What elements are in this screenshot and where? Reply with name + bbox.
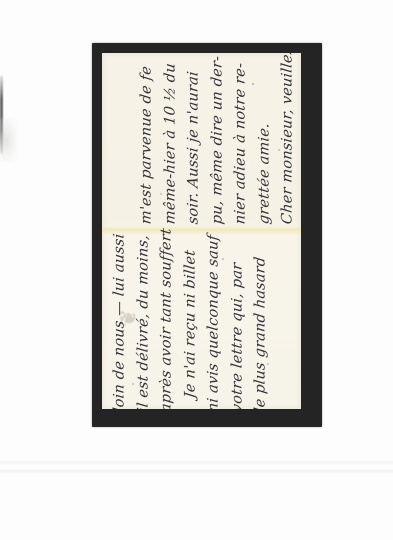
handwriting-line: nier adieu à notre re- (229, 53, 253, 225)
handwriting-line: pu, même dire un der- (206, 53, 230, 225)
handwriting-line: loin de nous — lui aussi (108, 229, 132, 409)
handwriting-line: Je n'ai reçu ni billet (179, 229, 203, 409)
letter-paper: ❦ loin de nous — lui aussi il est délivr… (102, 53, 301, 409)
handwriting-line: m'est parvenue de fe (135, 53, 159, 225)
handwriting-line: votre lettre qui, par (226, 229, 250, 409)
handwriting-line: grettée amie. (253, 53, 277, 225)
scan-streak-artifact (0, 455, 393, 481)
scanned-letter: ❦ loin de nous — lui aussi il est délivr… (0, 0, 393, 540)
handwriting-line: Cher monsieur, veuillez (276, 53, 300, 225)
handwriting-line: soir. Aussi je n'aurai (182, 53, 206, 225)
handwriting-page-1: loin de nous — lui aussi il est délivré,… (108, 231, 273, 409)
paper-specks (102, 53, 104, 55)
scan-blotch-artifact (0, 118, 17, 162)
mourning-card: ❦ loin de nous — lui aussi il est délivr… (92, 43, 322, 427)
handwriting-line: le plus grand hasard (249, 229, 273, 409)
handwriting-page-2: m'est parvenue de fe même-hier à 10 ½ du… (135, 55, 300, 225)
handwriting-line: même-hier à 10 ½ du (159, 53, 183, 225)
handwriting-line: ni avis quelconque sauf (202, 229, 226, 409)
handwriting-line: il est délivré, du moins, (132, 229, 156, 409)
handwriting-line: après avoir tant souffert (155, 229, 179, 409)
